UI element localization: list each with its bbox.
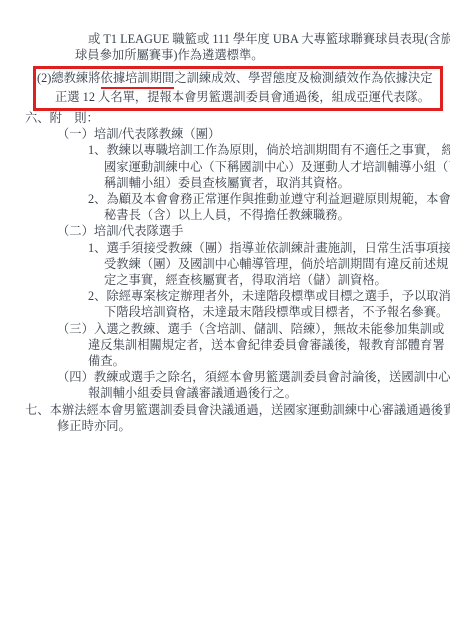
document-page: 或 T1 LEAGUE 職籃或 111 學年度 UBA 大專籃球聯賽球員表現(含… — [0, 0, 450, 640]
document-line: 修正時亦同。 — [0, 418, 450, 434]
document-line: 1、教練以專職培訓工作為原則，倘於培訓期間有不適任之事實， 經 — [0, 142, 450, 158]
document-line: 2、除經專案核定辦理者外，未達階段標準或目標之選手，予以取消 — [0, 288, 450, 304]
intro-paragraph: 或 T1 LEAGUE 職籃或 111 學年度 UBA 大專籃球聯賽球員表現(含… — [0, 31, 450, 63]
document-line: 下階段培訓資格，未達最末階段標準或目標者，不予報名參賽。 — [0, 304, 450, 320]
clause-prefix: (2)總教練將 — [37, 71, 101, 85]
document-body: 或 T1 LEAGUE 職籃或 111 學年度 UBA 大專籃球聯賽球員表現(含… — [0, 0, 450, 434]
highlighted-clause-line-2: 正選 12 人名單，提報本會男籃選訓委員會通過後，組成亞運代表隊。 — [36, 88, 440, 107]
document-line: 定之事實，經查核屬實者，得取消培（儲）訓資格。 — [0, 272, 450, 288]
highlighted-clause-line-1: (2)總教練將依據培訓期間之訓練成效、學習態度及檢測績效作為依據決定 — [36, 69, 440, 88]
document-line: 報訓輔小組委員會議審議通過後行之。 — [0, 385, 450, 401]
underlined-text: 依據培訓期間 — [101, 71, 175, 89]
document-line: （一）培訓/代表隊教練（團） — [0, 126, 450, 142]
document-line: 1、選手須接受教練（團）指導並依訓練計畫施訓，日常生活事項接 — [0, 240, 450, 256]
document-line: 秘書長（含）以上人員，不得擔任教練職務。 — [0, 207, 450, 223]
document-line: 球員參加所屬賽事)作為遴選標準。 — [0, 47, 450, 63]
document-line: 受教練（團）及國訓中心輔導管理，倘於培訓期間有違反前述規 — [0, 256, 450, 272]
document-line: 六、附 則： — [0, 110, 450, 126]
document-line: （三）入選之教練、選手（含培訓、儲訓、陪練），無故未能參加集訓或 — [0, 321, 450, 337]
clause-rest: 之訓練成效、學習態度及檢測績效作為依據決定 — [174, 71, 432, 85]
document-line: 或 T1 LEAGUE 職籃或 111 學年度 UBA 大專籃球聯賽球員表現(含… — [0, 31, 450, 47]
document-line: （四）教練或選手之除名，須經本會男籃選訓委員會討論後，送國訓中心提 — [0, 369, 450, 385]
document-line: 違反集訓相關規定者，送本會紀律委員會審議後，報教育部體育署 — [0, 337, 450, 353]
document-line: 備查。 — [0, 353, 450, 369]
document-line: （二）培訓/代表隊選手 — [0, 223, 450, 239]
document-line: 稱訓輔小組）委員查核屬實者，取消其資格。 — [0, 175, 450, 191]
document-line: 國家運動訓練中心（下稱國訓中心）及運動人才培訓輔導小組（下 — [0, 159, 450, 175]
document-line: 七、本辦法經本會男籃選訓委員會決議通過，送國家運動訓練中心審議通過後實施， — [0, 402, 450, 418]
highlight-box: (2)總教練將依據培訓期間之訓練成效、學習態度及檢測績效作為依據決定 正選 12… — [33, 66, 443, 111]
rules-section: 六、附 則：（一）培訓/代表隊教練（團）1、教練以專職培訓工作為原則，倘於培訓期… — [0, 110, 450, 434]
document-line: 2、為顧及本會會務正常運作與推動並遵守利益迴避原則規範，本會 — [0, 191, 450, 207]
